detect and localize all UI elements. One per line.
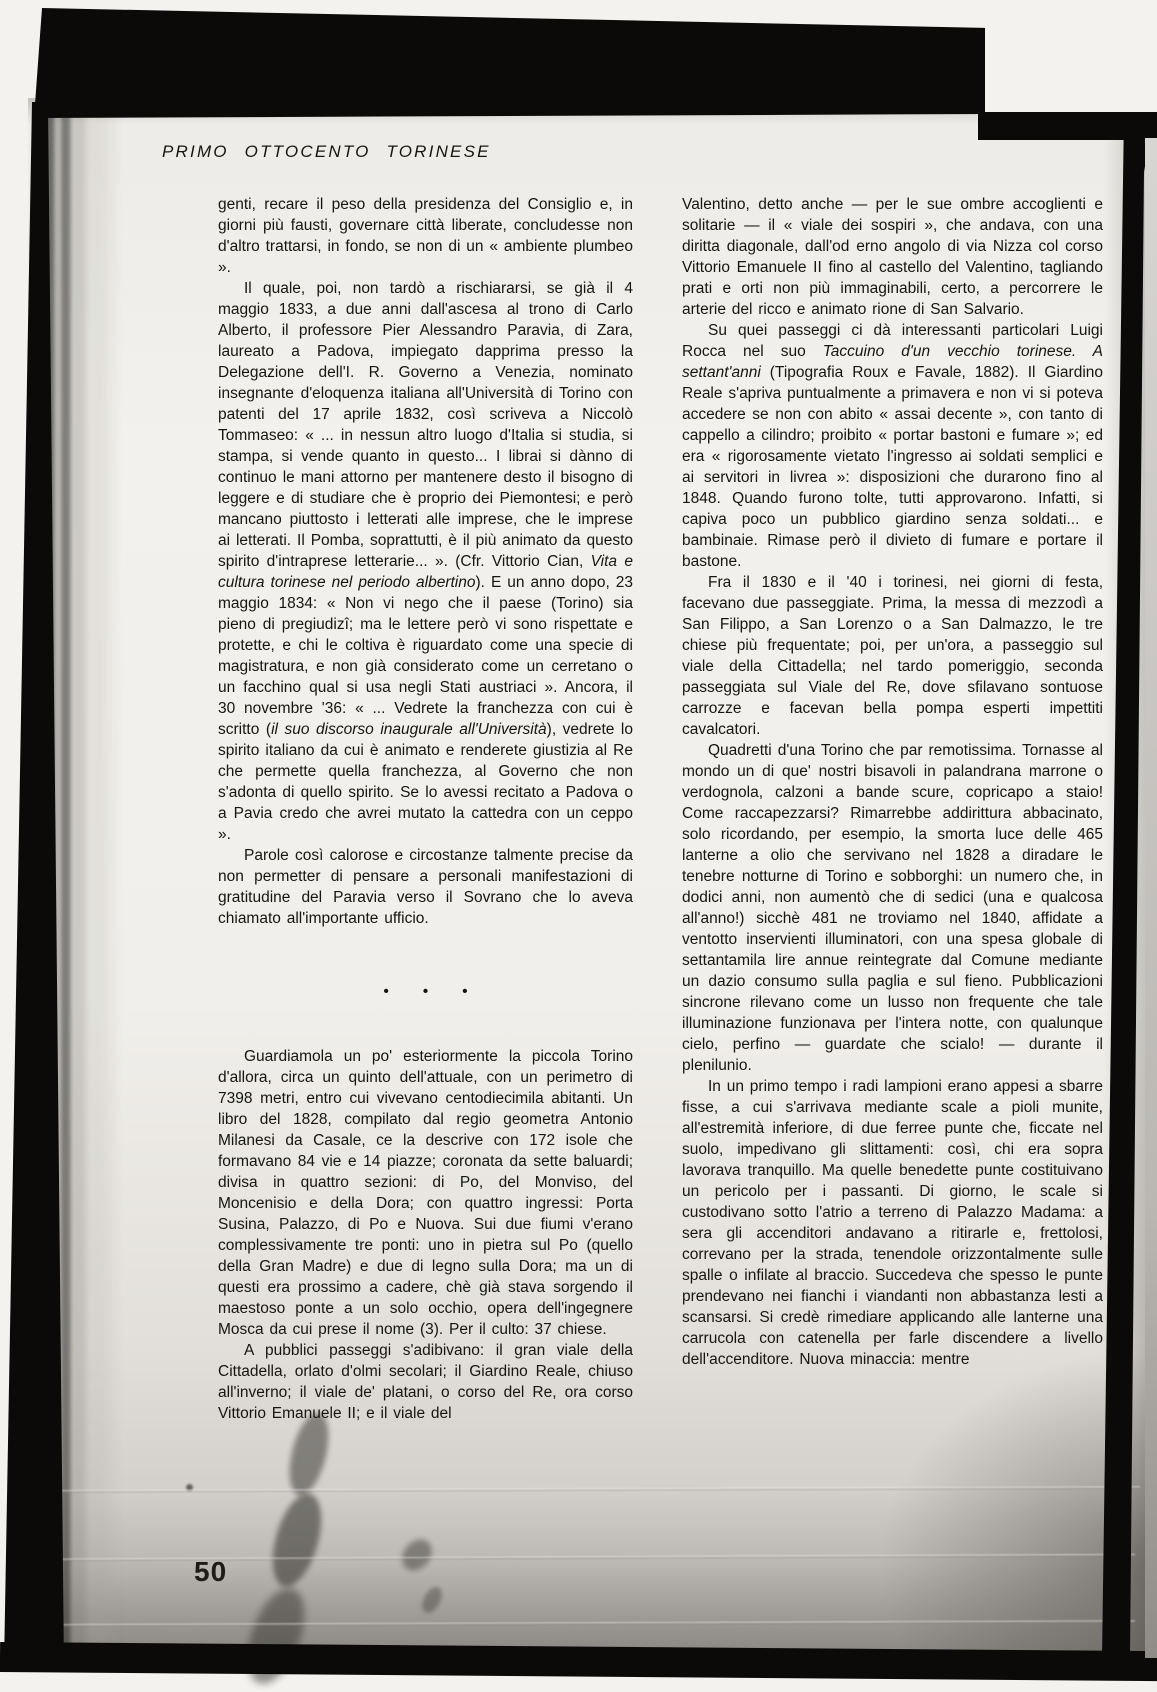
text-segment: Quadretti d'una Torino che par remotissi… (682, 742, 1103, 1074)
paragraph: A pubblici passeggi s'adibivano: il gran… (218, 1340, 633, 1424)
text-segment: Guardiamola un po' esteriormente la picc… (218, 1048, 633, 1338)
paragraph: Parole così calorose e circostanze talme… (218, 845, 633, 929)
paragraph: Guardiamola un po' esteriormente la picc… (218, 1046, 633, 1340)
text-segment: Fra il 1830 e il '40 i torinesi, nei gio… (682, 574, 1103, 738)
paragraph: Il quale, poi, non tardò a rischiararsi,… (218, 278, 633, 845)
text-segment: Parole così calorose e circostanze talme… (218, 847, 633, 927)
text-segment: In un primo tempo i radi lampioni erano … (682, 1078, 1103, 1368)
paragraph: genti, recare il peso della presidenza d… (218, 194, 633, 278)
text-column-left: genti, recare il peso della presidenza d… (218, 194, 633, 1424)
text-segment: genti, recare il peso della presidenza d… (218, 196, 633, 276)
running-header: PRIMO OTTOCENTO TORINESE (162, 142, 491, 162)
printed-text-layer: PRIMO OTTOCENTO TORINESE genti, recare i… (0, 0, 1157, 1692)
text-segment: Valentino, detto anche — per le sue ombr… (682, 196, 1103, 318)
text-segment: ). E un anno dopo, 23 maggio 1834: « Non… (218, 574, 633, 738)
paragraph: Fra il 1830 e il '40 i torinesi, nei gio… (682, 572, 1103, 740)
paragraph: Valentino, detto anche — per le sue ombr… (682, 194, 1103, 320)
text-segment: (Tipografia Roux e Favale, 1882). Il Gia… (682, 364, 1103, 570)
paragraph: Quadretti d'una Torino che par remotissi… (682, 740, 1103, 1076)
italic-text-segment: il suo discorso inaugurale all'Universit… (271, 721, 547, 738)
page-number: 50 (194, 1556, 227, 1588)
text-segment: ), vedrete lo spirito italiano da cui è … (218, 721, 633, 843)
paragraph: In un primo tempo i radi lampioni erano … (682, 1076, 1103, 1370)
paragraph: Su quei passeggi ci dà interessanti part… (682, 320, 1103, 572)
text-segment: Il quale, poi, non tardò a rischiararsi,… (218, 280, 633, 570)
text-segment: A pubblici passeggi s'adibivano: il gran… (218, 1342, 633, 1422)
text-column-right: Valentino, detto anche — per le sue ombr… (682, 194, 1103, 1370)
scanned-book-page: PRIMO OTTOCENTO TORINESE genti, recare i… (0, 0, 1157, 1692)
section-separator-dots: • • • (218, 981, 633, 1002)
